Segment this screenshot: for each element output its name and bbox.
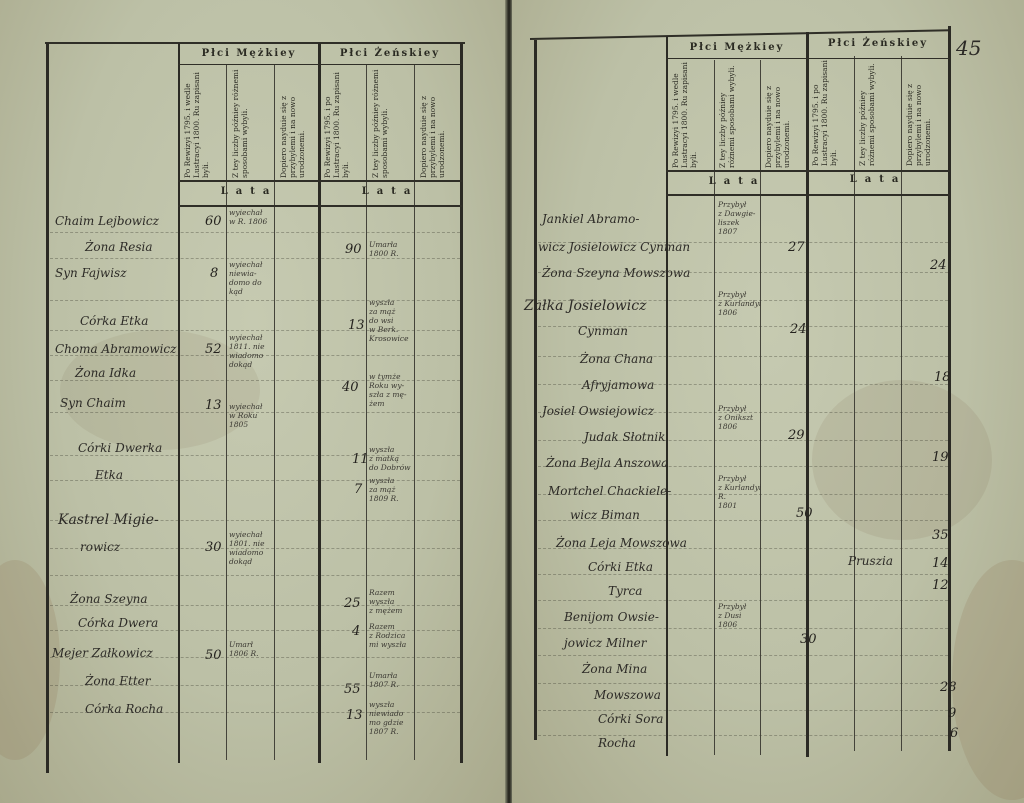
entry-name: Mortchel Chackiele- bbox=[548, 484, 671, 498]
entry-name: Córki Etka bbox=[588, 560, 653, 574]
header-divider bbox=[666, 170, 950, 172]
entry-name: Benijom Owsie- bbox=[564, 610, 659, 624]
entry-name: Afryjamowa bbox=[582, 378, 654, 392]
header-female: Płci Żeńskiey bbox=[320, 48, 460, 59]
entry-name: Mejer Załkowicz bbox=[52, 646, 153, 660]
entry-name: Choma Abramowicz bbox=[55, 342, 176, 356]
lata-female-label: Lata bbox=[320, 186, 460, 197]
female-departure-note: wyszła za mąż do wsi w Berk. Krosowice bbox=[369, 298, 409, 343]
header-col-registered-female: Po Rewizyi 1795. i po Lustracyi 1800. Ru… bbox=[323, 68, 365, 178]
female-current-age: 35 bbox=[932, 528, 949, 543]
header-col-current-male: Dopiero nayduie się z przybylemi i na no… bbox=[279, 68, 317, 178]
entry-name: Córka Rocha bbox=[85, 702, 163, 716]
entry-name: Żona Leja Mowszowa bbox=[556, 536, 687, 550]
female-departure-note: Umarła 1807 R. bbox=[369, 671, 399, 689]
header-col-departed-male: Z tey liczby późniey różnemi sposobami w… bbox=[718, 62, 758, 168]
female-registered-age: 13 bbox=[348, 318, 365, 333]
male-departure-note: wyiechał w R. 1806 bbox=[229, 208, 267, 226]
header-col-departed-female: Z tey liczby późniey różnemi sposobami w… bbox=[371, 68, 413, 178]
entry-name: Tyrca bbox=[608, 584, 642, 598]
male-registered-age: 60 bbox=[205, 214, 222, 229]
male-registered-age: 52 bbox=[205, 342, 222, 357]
male-registered-age: 8 bbox=[210, 266, 218, 281]
female-departure-note: Razem wyszła z mężem bbox=[369, 588, 402, 615]
male-arrival-note: Przybył z Kurlandyi R. 1801 bbox=[718, 474, 761, 510]
entry-name: Jankiel Abramo- bbox=[542, 212, 639, 226]
female-current-age: 28 bbox=[940, 680, 957, 695]
female-departure-note: w tymże Roku wy- szła z mę- żem bbox=[369, 372, 407, 408]
header-male: Płci Mężkiey bbox=[180, 48, 318, 59]
entry-name: rowicz bbox=[80, 540, 120, 554]
header-male: Płci Mężkiey bbox=[668, 42, 806, 53]
female-departure-note: wyszła z matką do Dobrów bbox=[369, 445, 411, 472]
male-current-age: 29 bbox=[788, 428, 805, 443]
column-divider bbox=[854, 56, 855, 751]
lata-male-label: Lata bbox=[180, 186, 318, 197]
entry-name: wicz Biman bbox=[570, 508, 640, 522]
table-top-border bbox=[45, 42, 465, 44]
header-divider bbox=[178, 180, 462, 182]
female-annotation: Pruszia bbox=[848, 554, 893, 568]
header-divider bbox=[178, 64, 462, 65]
column-divider bbox=[760, 60, 761, 755]
entry-name: Syn Fajwisz bbox=[55, 266, 127, 280]
entry-name: Judak Słotnik bbox=[584, 430, 665, 444]
stain bbox=[952, 560, 1024, 800]
female-registered-age: 55 bbox=[344, 682, 361, 697]
male-arrival-note: Przybył z Onikszt 1806 bbox=[718, 404, 753, 431]
stain bbox=[812, 380, 992, 540]
male-departure-note: wyiechał niewia- domo do kąd bbox=[229, 260, 262, 296]
male-registered-age: 30 bbox=[205, 540, 222, 555]
entry-name: Córka Etka bbox=[80, 314, 148, 328]
header-col-departed-female: Z tey liczby późniey różnemi sposobami w… bbox=[858, 58, 900, 166]
male-registered-age: 50 bbox=[205, 648, 222, 663]
female-current-age: 9 bbox=[948, 706, 956, 721]
entry-name: Córka Dwera bbox=[78, 616, 158, 630]
male-departure-note: wyiechał w Roku 1805 bbox=[229, 402, 262, 429]
column-divider bbox=[666, 36, 668, 756]
female-departure-note: Razem z Rodzica mi wyszła bbox=[369, 622, 406, 649]
table-left-border bbox=[46, 43, 49, 773]
entry-name: Żona Szeyna bbox=[70, 592, 148, 606]
male-departure-note: wyiechał 1811. nie wiadomo dokąd bbox=[229, 333, 265, 369]
female-registered-age: 7 bbox=[354, 482, 362, 497]
column-divider bbox=[178, 43, 180, 763]
female-registered-age: 40 bbox=[342, 380, 359, 395]
entry-name: Rocha bbox=[598, 736, 636, 750]
male-current-age: 24 bbox=[790, 322, 807, 337]
table-left-border bbox=[534, 40, 537, 740]
entry-name: wicz Josielowicz Cynman bbox=[538, 240, 690, 254]
entry-name: Żona Idka bbox=[75, 366, 136, 380]
female-registered-age: 25 bbox=[344, 596, 361, 611]
entry-name: Żona Bejla Anszowa bbox=[546, 456, 668, 470]
male-current-age: 50 bbox=[796, 506, 813, 521]
left-page: Płci Mężkiey Płci Żeńskiey Po Rewizyi 17… bbox=[0, 0, 508, 803]
header-col-current-male: Dopiero nayduie się z przybylemi i na no… bbox=[764, 62, 804, 168]
header-col-registered-male: Po Rewizyi 1795. i wedle Lustracyi 1800.… bbox=[183, 68, 225, 178]
header-female: Płci Żeńskiey bbox=[808, 38, 948, 49]
header-col-current-female: Dopiero nayduie się z przybylemi i na no… bbox=[905, 58, 947, 166]
female-registered-age: 11 bbox=[352, 452, 369, 467]
header-col-registered-female: Po Rewizyi 1795. i po Lustracyi 1800. Ru… bbox=[811, 58, 853, 166]
entry-name: Córki Sora bbox=[598, 712, 663, 726]
header-col-departed-male: Z tey liczby późniey różnemi sposobami w… bbox=[231, 68, 273, 178]
entry-name: Żona Szeyna Mowszowa bbox=[542, 266, 690, 280]
male-arrival-note: Przybył z Kurlandyi 1806 bbox=[718, 290, 761, 317]
male-departure-note: wyiechał 1801. nie wiadomo dokąd bbox=[229, 530, 265, 566]
entry-name: Kastrel Migie- bbox=[58, 512, 159, 528]
stain bbox=[0, 560, 60, 760]
female-current-age: 6 bbox=[950, 726, 958, 741]
female-registered-age: 13 bbox=[346, 708, 363, 723]
female-current-age: 19 bbox=[932, 450, 949, 465]
table-right-border bbox=[460, 43, 463, 763]
header-divider bbox=[666, 194, 950, 196]
column-divider bbox=[318, 43, 321, 763]
male-departure-note: Umarł 1806 R. bbox=[229, 640, 259, 658]
female-registered-age: 90 bbox=[345, 242, 362, 257]
female-current-age: 24 bbox=[930, 258, 947, 273]
female-current-age: 18 bbox=[934, 370, 951, 385]
female-departure-note: Umarła 1800 R. bbox=[369, 240, 399, 258]
female-departure-note: wyszła niewiado mo gdzie 1807 R. bbox=[369, 700, 403, 736]
male-arrival-note: Przybył z Dawgie- liszek 1807 bbox=[718, 200, 755, 236]
female-registered-age: 4 bbox=[352, 624, 360, 639]
lata-female-label: Lata bbox=[808, 174, 948, 185]
header-divider bbox=[178, 205, 462, 207]
entry-name: jowicz Milner bbox=[564, 636, 646, 650]
entry-name: Żona Resia bbox=[85, 240, 153, 254]
entry-name: Etka bbox=[95, 468, 123, 482]
entry-name: Żona Mina bbox=[582, 662, 647, 676]
male-current-age: 27 bbox=[788, 240, 805, 255]
male-current-age: 30 bbox=[800, 632, 817, 647]
entry-name: Syn Chaim bbox=[60, 396, 126, 410]
table-right-border bbox=[948, 26, 951, 751]
male-arrival-note: Przybył z Dusi 1806 bbox=[718, 602, 746, 629]
column-divider bbox=[714, 60, 715, 755]
page-number: 45 bbox=[956, 36, 981, 60]
female-current-age: 12 bbox=[932, 578, 949, 593]
lata-male-label: Lata bbox=[668, 176, 806, 187]
entry-name: Żona Chana bbox=[580, 352, 653, 366]
entry-name: Chaim Lejbowicz bbox=[55, 214, 159, 228]
entry-name: Córki Dwerka bbox=[78, 441, 162, 455]
female-departure-note: wyszła za mąż 1809 R. bbox=[369, 476, 399, 503]
header-col-registered-male: Po Rewizyi 1795. i wedle Lustracyi 1800.… bbox=[671, 62, 713, 168]
right-page: 45 Płci Mężkiey Płci Żeńskiey Po Rewizyi… bbox=[512, 0, 1024, 803]
entry-name: Josiel Owsiejowicz bbox=[542, 404, 654, 418]
entry-name: Mowszowa bbox=[594, 688, 661, 702]
column-divider bbox=[901, 56, 902, 751]
header-col-current-female: Dopiero nayduie się z przybylemi i na no… bbox=[419, 68, 459, 178]
male-registered-age: 13 bbox=[205, 398, 222, 413]
entry-name: Żona Etter bbox=[85, 674, 151, 688]
entry-name: Cynman bbox=[578, 324, 628, 338]
column-divider bbox=[806, 32, 809, 757]
entry-name: Załka Josielowicz bbox=[524, 298, 646, 314]
female-current-age: 14 bbox=[932, 556, 949, 571]
